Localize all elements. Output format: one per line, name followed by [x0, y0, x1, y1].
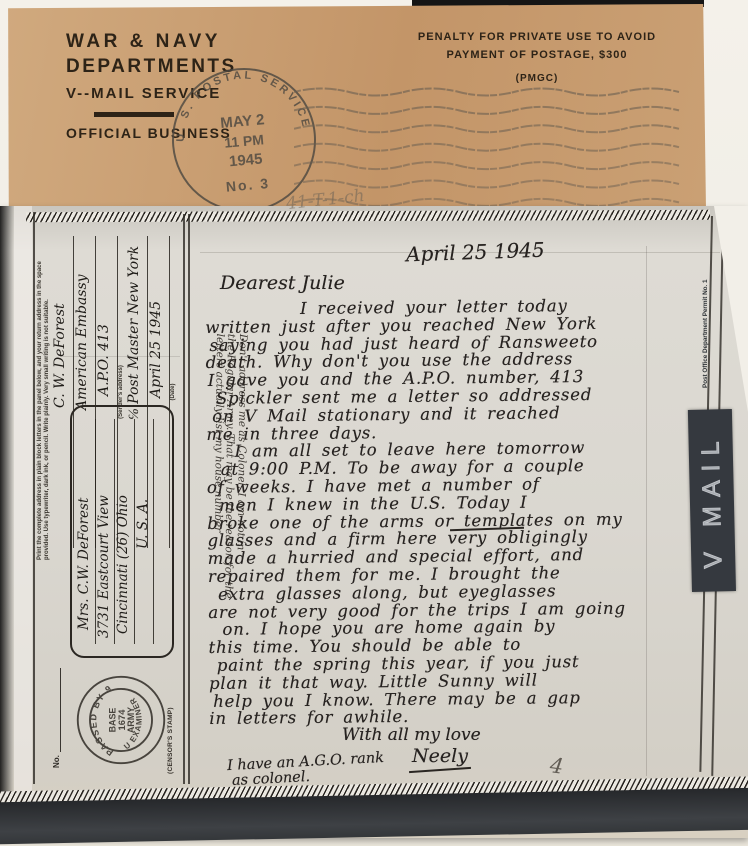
margin-note: Don't address me as Colonel. I am not in… — [209, 334, 248, 758]
recipient-address-box: Mrs. C.W. DeForest 3731 Eastcourt View C… — [70, 405, 174, 658]
stamp-base-number: 1674 — [116, 709, 127, 731]
letter-closing: With all my love — [342, 725, 481, 745]
no-rule — [50, 668, 61, 752]
form-instructions: Print the complete address in plain bloc… — [37, 230, 51, 560]
film-edge-shadow — [0, 206, 14, 838]
letter-body: I received your letter todaywritten just… — [205, 296, 721, 728]
signature-underline — [409, 767, 471, 773]
permit-text: Post Office Department Permit No. 1 — [702, 252, 709, 388]
postmark-station: No. 3 — [225, 175, 270, 195]
postmark-year: 1945 — [228, 150, 263, 170]
postmark-date: MAY 2 — [220, 111, 266, 132]
header-line: WAR & NAVY — [66, 32, 237, 51]
postmark-time: 11 PM — [224, 131, 265, 150]
recipient-line-empty — [154, 419, 174, 644]
vmail-letter-photostat: Print the complete address in plain bloc… — [0, 206, 748, 838]
no-label: No. — [52, 755, 61, 768]
form-rule — [183, 214, 185, 784]
instructions-line: Print the complete address in plain bloc… — [37, 230, 44, 560]
form-rule — [188, 214, 190, 784]
penalty-notice: PENALTY FOR PRIVATE USE TO AVOID PAYMENT… — [372, 32, 702, 84]
pmgc-label: (PMGC) — [372, 74, 702, 84]
letter-signature: Neely — [412, 745, 468, 767]
recipient-line: Cincinnati (26) Ohio — [115, 419, 135, 644]
postmark-ring-text: U. S. POSTAL SERVICE — [169, 64, 313, 143]
stamp-army-label: ARMY — [126, 707, 136, 733]
recipient-line: 3731 Eastcourt View — [96, 419, 116, 644]
page-number-mark: 4 — [548, 753, 565, 779]
letter-salutation: Dearest Julie — [220, 272, 345, 294]
form-rule — [33, 212, 35, 784]
recipient-line: Mrs. C.W. DeForest — [76, 419, 96, 644]
scanned-vmail-page: WAR & NAVY DEPARTMENTS V--MAIL SERVICE O… — [0, 0, 748, 846]
vmail-logo-box: V MAIL — [688, 409, 736, 592]
censor-stamp: PASSED BY 9 U EXAMINER BASE 1674 ARMY — [74, 673, 168, 767]
svg-text:U. S. POSTAL SERVICE: U. S. POSTAL SERVICE — [169, 64, 313, 143]
recipient-line: U. S. A. — [135, 419, 155, 644]
censor-number-line: No. — [50, 668, 61, 768]
vmail-envelope: WAR & NAVY DEPARTMENTS V--MAIL SERVICE O… — [6, 4, 706, 216]
instructions-line: provided. Use typewriter, dark ink, or p… — [44, 230, 51, 560]
vmail-logo-text: V MAIL — [696, 432, 728, 569]
film-edge-band — [14, 206, 32, 838]
penalty-line: PAYMENT OF POSTAGE, $300 — [372, 50, 702, 61]
form-border-hatch-top — [26, 210, 710, 222]
letter-date: April 25 1945 — [406, 238, 545, 267]
penalty-line: PENALTY FOR PRIVATE USE TO AVOID — [372, 32, 702, 43]
censor-stamp-caption: (CENSOR'S STAMP) — [167, 670, 174, 774]
